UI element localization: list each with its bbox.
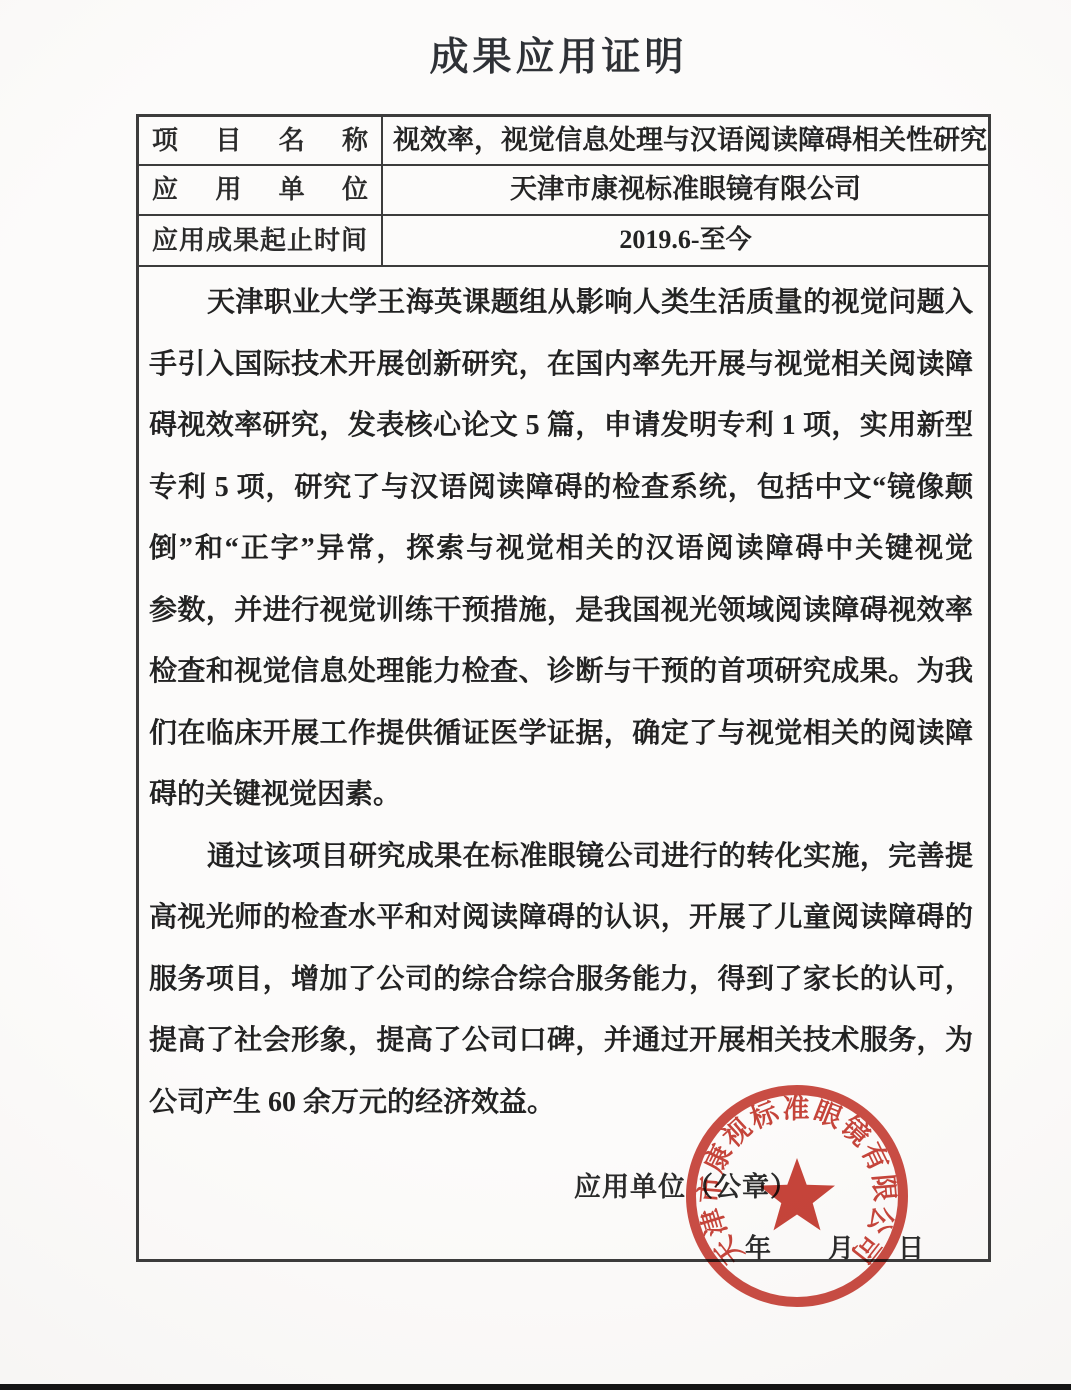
body-line: 碍的关键视觉因素。 bbox=[149, 764, 973, 826]
project-name-label: 项 目 名 称 bbox=[139, 117, 383, 164]
table-row-project-name: 项 目 名 称 视效率，视觉信息处理与汉语阅读障碍相关性研究 bbox=[139, 117, 988, 166]
body-line: 参数，并进行视觉训练干预措施，是我国视光领域阅读障碍视效率 bbox=[149, 580, 973, 642]
application-period-value: 2019.6-至今 bbox=[383, 216, 988, 265]
document-title: 成果应用证明 bbox=[0, 26, 1071, 82]
table-row-application-period: 应用成果起止时间 2019.6-至今 bbox=[139, 216, 988, 267]
body-line: 服务项目，增加了公司的综合综合服务能力，得到了家长的认可， bbox=[149, 949, 973, 1011]
body-line: 专利 5 项，研究了与汉语阅读障碍的检查系统，包括中文“镜像颠 bbox=[149, 457, 973, 519]
scanned-certificate-page: 成果应用证明 项 目 名 称 视效率，视觉信息处理与汉语阅读障碍相关性研究 应 … bbox=[0, 0, 1071, 1390]
application-period-label: 应用成果起止时间 bbox=[139, 216, 383, 265]
body-line: 高视光师的检查水平和对阅读障碍的认识，开展了儿童阅读障碍的 bbox=[149, 887, 973, 949]
table-row-applying-unit: 应 用 单 位 天津市康视标准眼镜有限公司 bbox=[139, 166, 988, 216]
body-line: 手引入国际技术开展创新研究，在国内率先开展与视觉相关阅读障 bbox=[149, 334, 973, 396]
body-line: 通过该项目研究成果在标准眼镜公司进行的转化实施，完善提 bbox=[149, 826, 973, 888]
body-line: 检查和视觉信息处理能力检查、诊断与干预的首项研究成果。为我 bbox=[149, 641, 973, 703]
body-line: 提高了社会形象，提高了公司口碑，并通过开展相关技术服务，为 bbox=[149, 1010, 973, 1072]
project-name-value: 视效率，视觉信息处理与汉语阅读障碍相关性研究 bbox=[383, 117, 988, 164]
body-line: 天津职业大学王海英课题组从影响人类生活质量的视觉问题入 bbox=[149, 272, 973, 334]
applying-unit-label: 应 用 单 位 bbox=[139, 166, 383, 214]
scan-edge-artifact bbox=[0, 1384, 1071, 1390]
applying-unit-value: 天津市康视标准眼镜有限公司 bbox=[383, 166, 988, 214]
body-line: 碍视效率研究，发表核心论文 5 篇，申请发明专利 1 项，实用新型 bbox=[149, 395, 973, 457]
body-line: 们在临床开展工作提供循证医学证据，确定了与视觉相关的阅读障 bbox=[149, 703, 973, 765]
star-icon bbox=[759, 1158, 835, 1230]
body-line: 倒”和“正字”异常，探索与视觉相关的汉语阅读障碍中关键视觉 bbox=[149, 518, 973, 580]
company-seal-stamp: 天津市康视标准眼镜有限公司 bbox=[667, 1066, 927, 1326]
